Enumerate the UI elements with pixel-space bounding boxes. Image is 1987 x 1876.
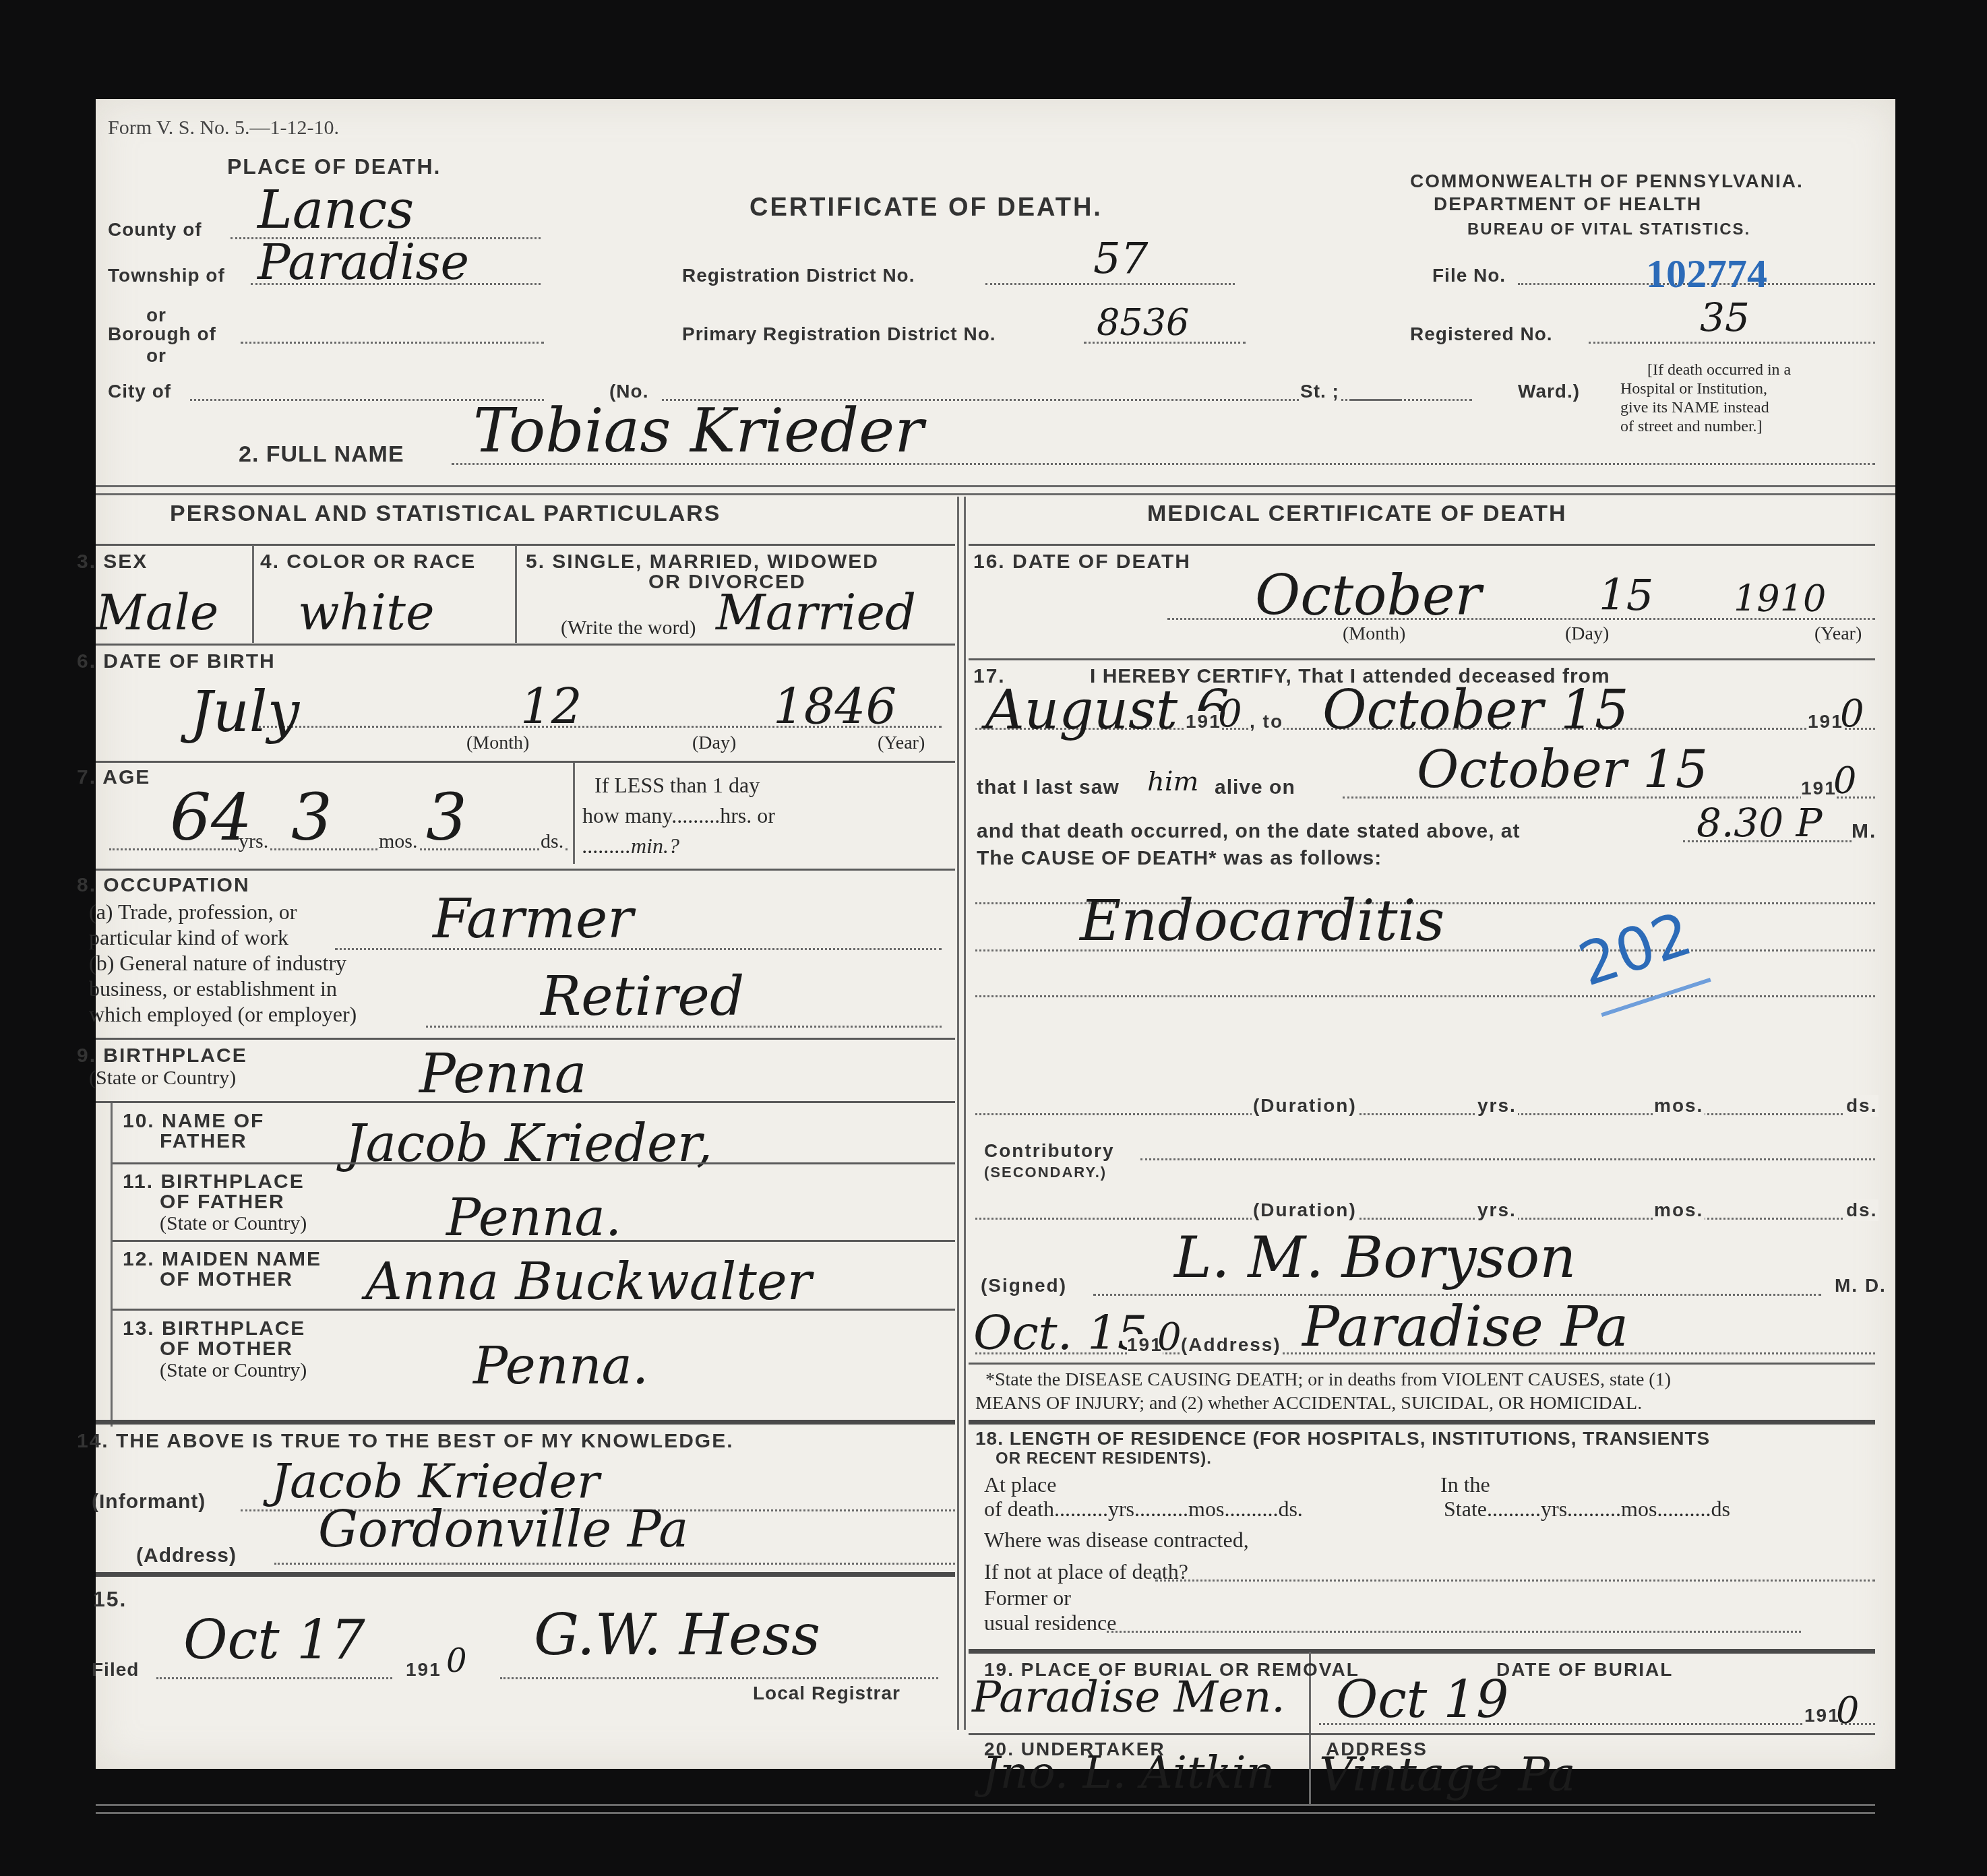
filed-year-prefix: 191 bbox=[406, 1659, 441, 1681]
dob-year-caption: (Year) bbox=[878, 732, 925, 754]
filed-date-line bbox=[156, 1677, 392, 1679]
occupation-a-line bbox=[335, 948, 942, 950]
agency-line-1: COMMONWEALTH OF PENNSYLVANIA. bbox=[1410, 170, 1804, 192]
street-label: St. ; bbox=[1299, 381, 1341, 402]
certificate-title: CERTIFICATE OF DEATH. bbox=[750, 193, 1103, 222]
birthplace-label: 9. BIRTHPLACE bbox=[77, 1044, 247, 1067]
secondary-label: (SECONDARY.) bbox=[984, 1164, 1107, 1181]
divider-below-parents bbox=[96, 1420, 955, 1425]
age-days: 3 bbox=[426, 780, 467, 855]
last-saw-pronoun: him bbox=[1147, 766, 1198, 797]
former-residence-line bbox=[1107, 1631, 1801, 1633]
duration-label-2: (Duration) bbox=[1252, 1199, 1358, 1221]
father-birthplace-label-2: OF FATHER bbox=[160, 1191, 285, 1214]
township-label: Township of bbox=[108, 265, 225, 286]
residence-former-2: usual residence bbox=[984, 1611, 1116, 1635]
age-yrs-label: yrs. bbox=[239, 830, 268, 853]
occupation-a-line-2: particular kind of work bbox=[89, 925, 288, 950]
mother-birthplace-sub: (State or Country) bbox=[160, 1359, 307, 1382]
residence-label-2: OR RECENT RESIDENTS). bbox=[996, 1449, 1212, 1468]
hospital-note-line: give its NAME instead bbox=[1620, 398, 1890, 417]
divider-below-burial bbox=[969, 1733, 1875, 1735]
agency-line-2: DEPARTMENT OF HEALTH bbox=[1434, 193, 1702, 215]
duration-yrs-1: yrs. bbox=[1476, 1095, 1518, 1117]
divider-personal-header bbox=[96, 544, 955, 546]
occupation-b-value: Retired bbox=[541, 965, 744, 1028]
informant-address-value: Gordonville Pa bbox=[318, 1501, 688, 1559]
duration-line-1 bbox=[975, 1113, 1875, 1115]
dob-day: 12 bbox=[520, 679, 582, 735]
burial-place-value: Paradise Men. bbox=[972, 1672, 1285, 1722]
father-birthplace-value: Penna. bbox=[446, 1187, 621, 1247]
divider-below-father bbox=[113, 1162, 955, 1164]
last-saw-year-prefix: 191 bbox=[1801, 778, 1837, 799]
occupation-b-line-1: (b) General nature of industry bbox=[89, 951, 346, 976]
filed-label: Filed bbox=[92, 1659, 139, 1681]
footnote-line-2: MEANS OF INJURY; and (2) whether ACCIDEN… bbox=[975, 1393, 1642, 1414]
primary-district-label: Primary Registration District No. bbox=[682, 323, 996, 345]
mother-birthplace-label-2: OF MOTHER bbox=[160, 1338, 293, 1361]
personal-section-title: PERSONAL AND STATISTICAL PARTICULARS bbox=[170, 501, 721, 527]
dob-day-caption: (Day) bbox=[692, 732, 736, 754]
mother-maiden-value: Anna Buckwalter bbox=[365, 1251, 812, 1311]
father-name-label-1: 10. NAME OF bbox=[123, 1110, 264, 1133]
marital-value: Married bbox=[716, 584, 916, 641]
dob-month-caption: (Month) bbox=[466, 732, 529, 754]
dob-month: July bbox=[190, 679, 299, 745]
bottom-divider bbox=[96, 1804, 1875, 1806]
dod-day: 15 bbox=[1599, 571, 1653, 621]
divider-below-signed bbox=[969, 1363, 1875, 1365]
residence-in-state-2: State..........yrs..........mos.........… bbox=[1444, 1497, 1730, 1522]
race-label: 4. COLOR OR RACE bbox=[260, 551, 476, 573]
or-label-2: or bbox=[146, 345, 166, 367]
time-value: 8.30 P bbox=[1696, 800, 1823, 846]
occurred-text: and that death occurred, on the date sta… bbox=[977, 820, 1520, 843]
duration-line-2 bbox=[975, 1218, 1875, 1220]
duration-label-1: (Duration) bbox=[1252, 1095, 1358, 1117]
occupation-b-line-3: which employed (or employer) bbox=[89, 1002, 357, 1027]
mother-birthplace-label-1: 13. BIRTHPLACE bbox=[123, 1317, 305, 1340]
undertaker-address-value: Vintage Pa bbox=[1319, 1747, 1576, 1802]
city-label: City of bbox=[108, 381, 171, 402]
sex-value: Male bbox=[96, 584, 218, 641]
place-of-death-title: PLACE OF DEATH. bbox=[227, 154, 441, 179]
registered-no-line bbox=[1589, 342, 1875, 344]
race-marital-divider bbox=[515, 545, 517, 643]
residence-at-place-1: At place bbox=[984, 1472, 1057, 1497]
contributory-label: Contributory bbox=[984, 1140, 1115, 1162]
column-divider-inner bbox=[964, 497, 966, 1730]
residence-former-1: Former or bbox=[984, 1586, 1071, 1611]
burial-year-suffix: 0 bbox=[1836, 1689, 1859, 1732]
divider-below-mother bbox=[113, 1309, 955, 1311]
divider-below-birthplace bbox=[96, 1101, 955, 1103]
filing-number: 15. bbox=[93, 1587, 127, 1612]
registrar-line bbox=[500, 1677, 938, 1679]
township-value: Paradise bbox=[257, 234, 469, 290]
cause-code: 202 bbox=[1570, 899, 1700, 1000]
attended-from-year-suffix: 0 bbox=[1218, 692, 1242, 736]
file-no-value: 102774 bbox=[1646, 251, 1767, 297]
duration-mos-1: mos. bbox=[1653, 1095, 1705, 1117]
informant-label: (Informant) bbox=[92, 1491, 206, 1513]
residence-label-1: 18. LENGTH OF RESIDENCE (FOR HOSPITALS, … bbox=[975, 1428, 1710, 1449]
contributory-line bbox=[1140, 1158, 1875, 1160]
divider-below-dob bbox=[96, 761, 955, 763]
burial-date-value: Oct 19 bbox=[1336, 1669, 1508, 1729]
borough-line bbox=[241, 342, 544, 344]
less-than-day-3: .........min.? bbox=[582, 834, 679, 858]
residence-in-state-1: In the bbox=[1440, 1472, 1490, 1497]
dod-month-caption: (Month) bbox=[1343, 623, 1405, 645]
dob-year: 1846 bbox=[773, 679, 896, 735]
age-label: 7. AGE bbox=[77, 766, 150, 789]
primary-district-value: 8536 bbox=[1097, 301, 1189, 344]
county-label: County of bbox=[108, 219, 202, 241]
attended-to: October 15 bbox=[1322, 679, 1629, 741]
occupation-label: 8. OCCUPATION bbox=[77, 874, 250, 897]
dod-year: 1910 bbox=[1734, 577, 1826, 620]
signed-year-suffix: 0 bbox=[1157, 1315, 1182, 1359]
county-value: Lancs bbox=[257, 180, 414, 241]
hospital-note-line: Hospital or Institution, bbox=[1620, 379, 1890, 398]
last-saw-date: October 15 bbox=[1417, 739, 1708, 799]
column-divider bbox=[957, 497, 959, 1730]
divider-below-father-birthplace bbox=[113, 1240, 955, 1242]
hospital-note-line: of street and number.] bbox=[1620, 417, 1890, 436]
divider-below-occupation bbox=[96, 1038, 955, 1040]
race-value: white bbox=[298, 584, 435, 641]
less-than-day-1: If LESS than 1 day bbox=[594, 773, 760, 798]
age-less-divider bbox=[573, 763, 575, 864]
duration-ds-2: ds. bbox=[1845, 1199, 1878, 1221]
md-label: M. D. bbox=[1835, 1275, 1887, 1296]
duration-mos-2: mos. bbox=[1653, 1199, 1705, 1221]
last-saw-suffix: alive on bbox=[1215, 776, 1295, 799]
cause-line-3 bbox=[975, 995, 1875, 997]
birthplace-value: Penna bbox=[419, 1042, 586, 1105]
age-ds-label: ds. bbox=[541, 830, 563, 853]
filed-date: Oct 17 bbox=[183, 1608, 365, 1671]
dob-label: 6. DATE OF BIRTH bbox=[77, 650, 276, 673]
registration-district-value: 57 bbox=[1093, 234, 1148, 284]
time-suffix: M. bbox=[1852, 820, 1876, 843]
birthplace-sub: (State or Country) bbox=[89, 1067, 236, 1090]
mother-maiden-label-1: 12. MAIDEN NAME bbox=[123, 1248, 322, 1271]
occupation-a-line-1: (a) Trade, profession, or bbox=[89, 900, 297, 925]
less-than-day-2: how many.........hrs. or bbox=[582, 803, 775, 828]
undertaker-value: Jno. L. Aitkin bbox=[982, 1747, 1275, 1799]
agency-line-3: BUREAU OF VITAL STATISTICS. bbox=[1467, 220, 1750, 239]
cause-text: The CAUSE OF DEATH* was as follows: bbox=[977, 847, 1382, 870]
father-birthplace-label-1: 11. BIRTHPLACE bbox=[123, 1170, 305, 1193]
sex-race-divider bbox=[252, 545, 254, 643]
father-birthplace-sub: (State or Country) bbox=[160, 1212, 307, 1235]
residence-at-place-2: of death..........yrs..........mos......… bbox=[984, 1497, 1303, 1522]
ward-label: Ward.) bbox=[1518, 381, 1580, 402]
filed-year-suffix: 0 bbox=[446, 1642, 467, 1680]
signed-value: L. M. Boryson bbox=[1174, 1224, 1576, 1290]
signed-label: (Signed) bbox=[981, 1275, 1067, 1296]
mother-birthplace-value: Penna. bbox=[473, 1336, 648, 1396]
divider-below-footnote bbox=[969, 1420, 1875, 1425]
ward-line bbox=[1351, 399, 1472, 401]
registered-no-value: 35 bbox=[1700, 294, 1750, 340]
divider-below-sex bbox=[96, 644, 955, 646]
form-id: Form V. S. No. 5.—1-12-10. bbox=[108, 117, 339, 139]
occupation-b-line-2: business, or establishment in bbox=[89, 976, 337, 1001]
full-name-label: 2. FULL NAME bbox=[239, 441, 404, 468]
attended-to-year-suffix: 0 bbox=[1840, 692, 1864, 736]
occupation-a-value: Farmer bbox=[433, 887, 633, 950]
registrar-label: Local Registrar bbox=[753, 1683, 900, 1704]
marital-hint: (Write the word) bbox=[561, 617, 696, 639]
registration-district-label: Registration District No. bbox=[682, 265, 915, 286]
informant-address-line bbox=[274, 1563, 955, 1565]
hospital-note-line: [If death occurred in a bbox=[1620, 361, 1890, 379]
divider-medical-header bbox=[969, 544, 1875, 546]
mother-maiden-label-2: OF MOTHER bbox=[160, 1268, 293, 1291]
medical-address-label: (Address) bbox=[1181, 1334, 1281, 1356]
dod-label: 16. DATE OF DEATH bbox=[973, 551, 1191, 573]
duration-yrs-2: yrs. bbox=[1476, 1199, 1518, 1221]
divider-below-dod bbox=[969, 658, 1875, 660]
attended-from-year-prefix: 191 bbox=[1186, 711, 1221, 732]
residence-contracted-1: Where was disease contracted, bbox=[984, 1528, 1249, 1553]
informant-address-label: (Address) bbox=[136, 1544, 237, 1567]
age-months: 3 bbox=[291, 780, 332, 855]
signed-date: Oct. 15 bbox=[973, 1305, 1147, 1361]
borough-label: Borough of bbox=[108, 323, 216, 345]
informant-statement: 14. THE ABOVE IS TRUE TO THE BEST OF MY … bbox=[77, 1430, 734, 1453]
medical-address-value: Paradise Pa bbox=[1302, 1295, 1628, 1359]
attended-to-label: , to bbox=[1250, 711, 1283, 732]
divider-below-informant bbox=[96, 1572, 955, 1577]
death-certificate-page: Form V. S. No. 5.—1-12-10. PLACE OF DEAT… bbox=[96, 99, 1895, 1769]
divider-below-name bbox=[96, 485, 1895, 487]
attended-to-year-prefix: 191 bbox=[1808, 711, 1843, 732]
dod-month: October bbox=[1255, 564, 1481, 628]
burial-year-prefix: 191 bbox=[1804, 1705, 1840, 1726]
last-saw-prefix: that I last saw bbox=[977, 776, 1120, 799]
dod-year-caption: (Year) bbox=[1814, 623, 1862, 645]
registrar-signature: G.W. Hess bbox=[534, 1602, 820, 1668]
file-no-label: File No. bbox=[1432, 265, 1506, 286]
divider-below-age bbox=[96, 869, 955, 871]
parents-left-border bbox=[111, 1103, 113, 1427]
divider-below-residence bbox=[969, 1649, 1875, 1654]
age-mos-label: mos. bbox=[379, 830, 418, 853]
hospital-note: [If death occurred in a Hospital or Inst… bbox=[1620, 361, 1890, 436]
full-name-value: Tobias Krieder bbox=[473, 396, 923, 466]
dod-day-caption: (Day) bbox=[1565, 623, 1609, 645]
sex-label: 3. SEX bbox=[77, 551, 148, 573]
father-name-label-2: FATHER bbox=[160, 1130, 247, 1153]
last-saw-year-suffix: 0 bbox=[1833, 759, 1856, 802]
contracted-line bbox=[1155, 1580, 1875, 1582]
medical-section-title: MEDICAL CERTIFICATE OF DEATH bbox=[1147, 501, 1567, 527]
duration-ds-1: ds. bbox=[1845, 1095, 1878, 1117]
cause-value: Endocarditis bbox=[1080, 887, 1444, 953]
marital-label-1: 5. SINGLE, MARRIED, WIDOWED bbox=[526, 551, 879, 573]
registered-no-label: Registered No. bbox=[1410, 323, 1553, 345]
burial-date-label: DATE OF BURIAL bbox=[1496, 1659, 1673, 1681]
footnote-line-1: *State the DISEASE CAUSING DEATH; or in … bbox=[985, 1369, 1671, 1391]
